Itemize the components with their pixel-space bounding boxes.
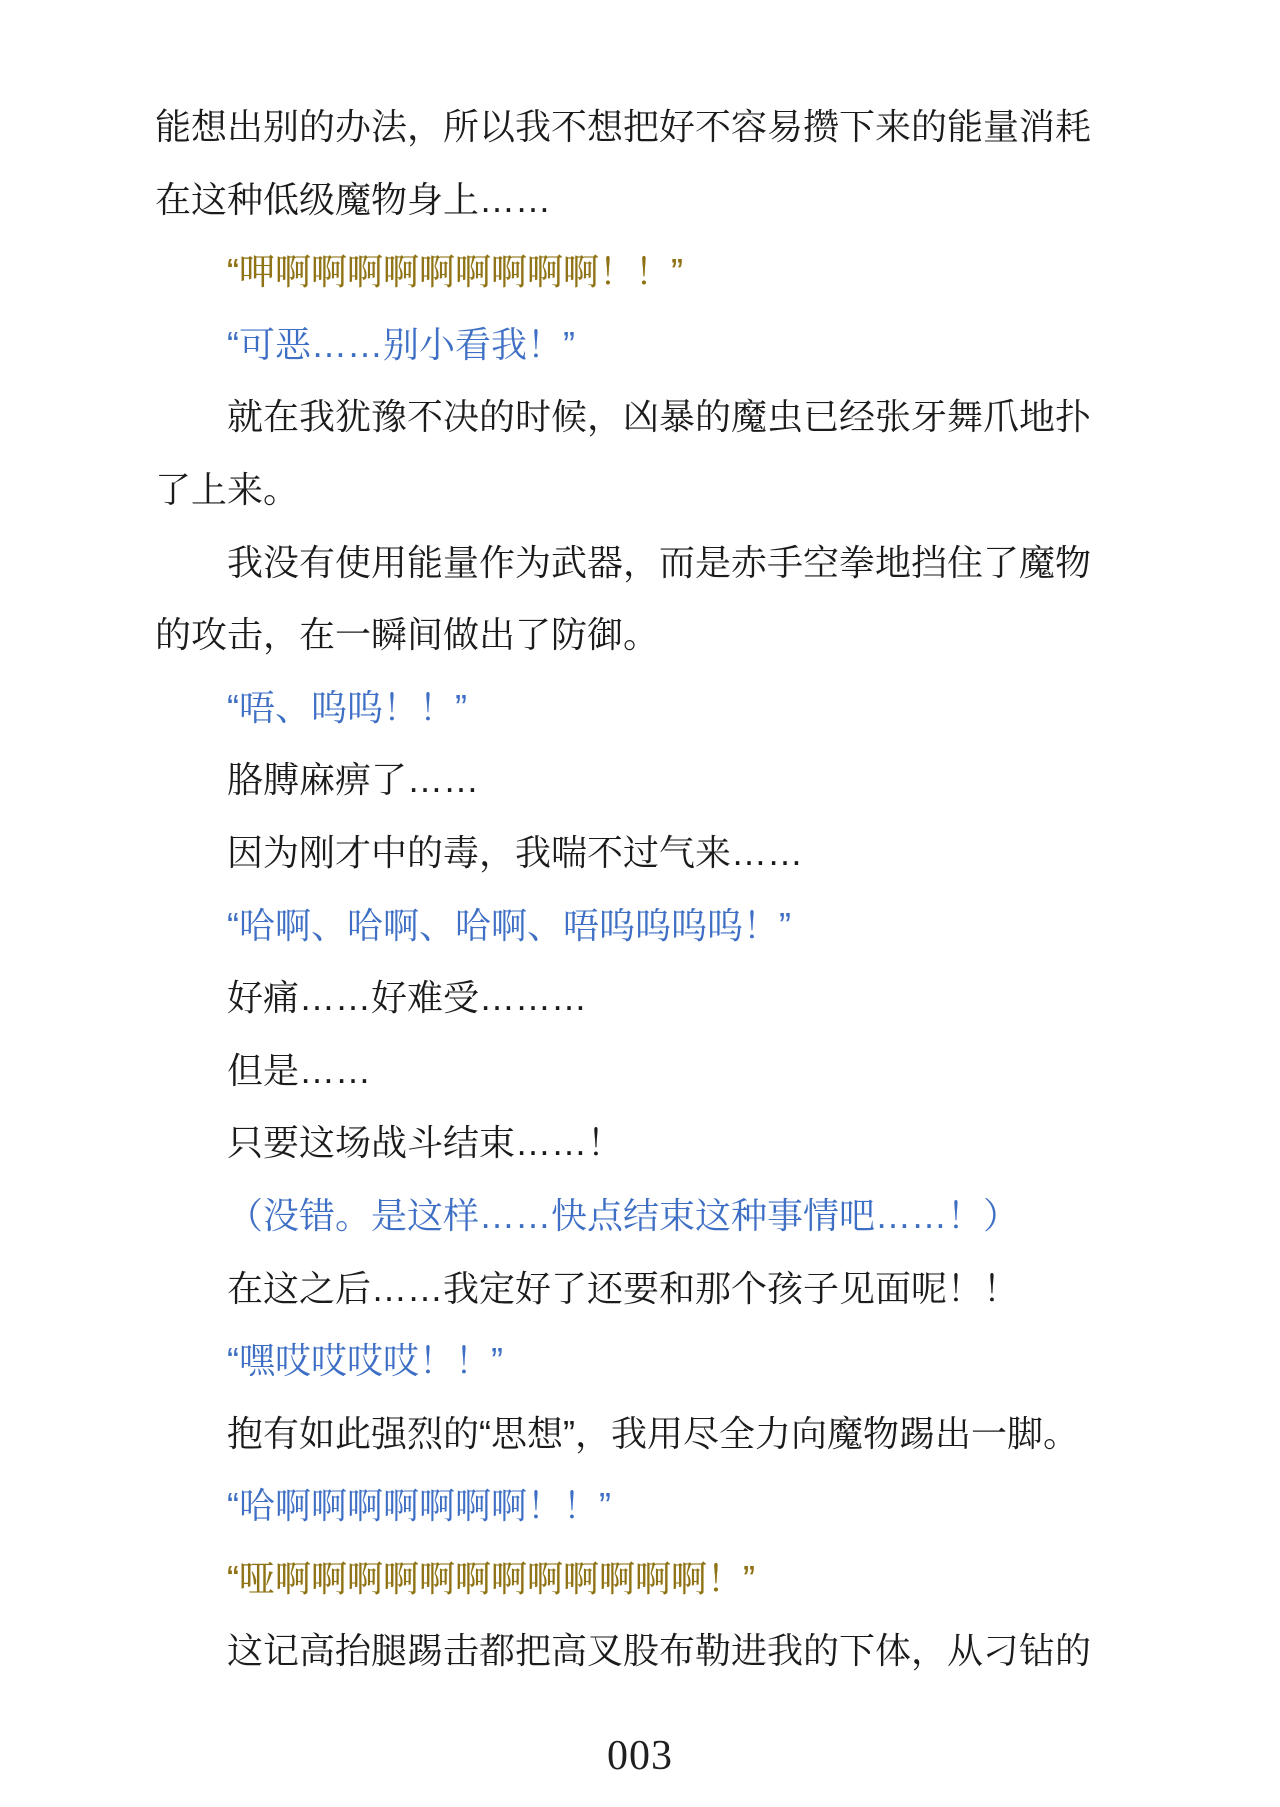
text-line: “嘿哎哎哎哎！！” [155,1325,1145,1398]
text-line: “可恶……别小看我！” [155,309,1145,382]
ebook-page: 能想出别的办法，所以我不想把好不容易攒下来的能量消耗在这种低级魔物身上……“呷啊… [0,0,1280,1807]
text-line: 胳膊麻痹了…… [155,744,1145,817]
text-line: 我没有使用能量作为武器，而是赤手空拳地挡住了魔物 [155,527,1145,600]
text-line: （没错。是这样……快点结束这种事情吧……！） [155,1180,1145,1253]
text-line: 的攻击，在一瞬间做出了防御。 [155,599,1145,672]
page-number: 003 [0,1732,1280,1780]
text-line: 就在我犹豫不决的时候，凶暴的魔虫已经张牙舞爪地扑 [155,381,1145,454]
text-line: 在这之后……我定好了还要和那个孩子见面呢！！ [155,1253,1145,1326]
text-line: 了上来。 [155,454,1145,527]
text-lines: 能想出别的办法，所以我不想把好不容易攒下来的能量消耗在这种低级魔物身上……“呷啊… [155,91,1145,1688]
text-line: 但是…… [155,1035,1145,1108]
text-line: “哑啊啊啊啊啊啊啊啊啊啊啊啊！” [155,1543,1145,1616]
text-line: 在这种低级魔物身上…… [155,164,1145,237]
text-line: 因为刚才中的毒，我喘不过气来…… [155,817,1145,890]
text-line: 能想出别的办法，所以我不想把好不容易攒下来的能量消耗 [155,91,1145,164]
text-line: “哈啊啊啊啊啊啊啊！！” [155,1470,1145,1543]
text-line: “呷啊啊啊啊啊啊啊啊啊！！” [155,236,1145,309]
text-line: 抱有如此强烈的“思想”，我用尽全力向魔物踢出一脚。 [155,1398,1145,1471]
text-line: “哈啊、哈啊、哈啊、唔呜呜呜呜！” [155,890,1145,963]
text-line: “唔、呜呜！！” [155,672,1145,745]
text-line: 这记高抬腿踢击都把高叉股布勒进我的下体，从刁钻的 [155,1615,1145,1688]
text-line: 好痛……好难受……… [155,962,1145,1035]
text-line: 只要这场战斗结束……！ [155,1107,1145,1180]
